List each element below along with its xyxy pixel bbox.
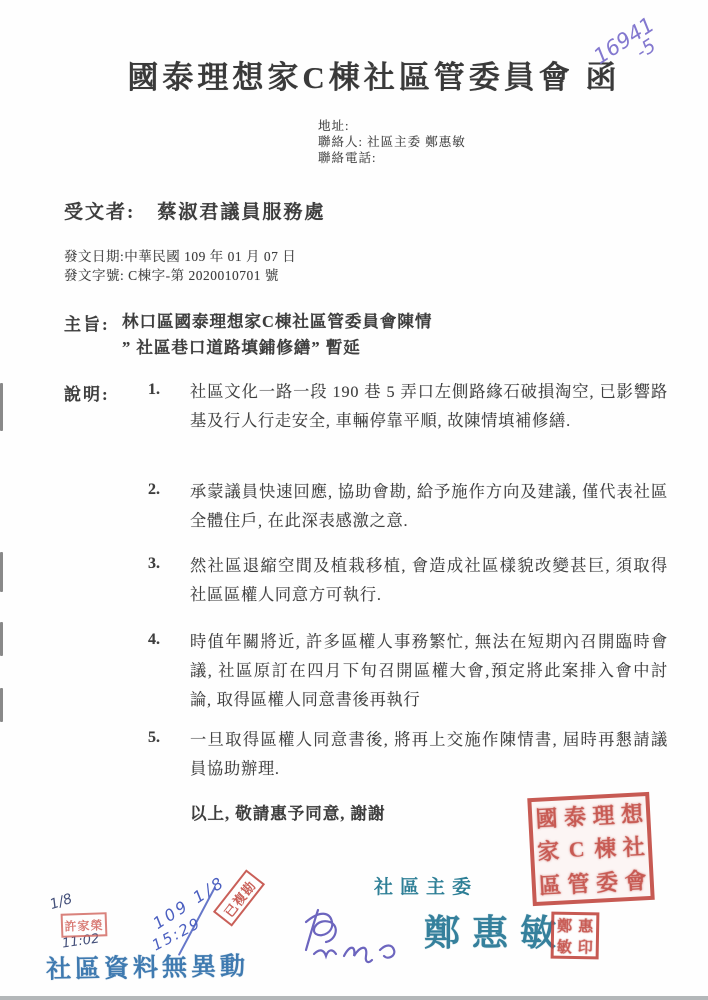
contact-block: 地址: 聯絡人: 社區主委 鄭惠敏 聯絡電話: [318, 118, 466, 166]
document-meta: 發文日期:中華民國 109 年 01 月 07 日 發文字號: C棟字-第 20… [64, 248, 296, 285]
seal-character: 印 [575, 936, 596, 957]
personal-seal: 鄭惠敏印 [551, 912, 600, 960]
seal-character: 敏 [554, 936, 575, 957]
explanation-item: 時值年關將近, 許多區權人事務繁忙, 無法在短期內召開臨時會議, 社區原訂在四月… [190, 628, 668, 715]
explanation-item: 承蒙議員快速回應, 協助會勘, 給予施作方向及建議, 僅代表社區全體住戶, 在此… [190, 478, 668, 536]
doc-number-line: 發文字號: C棟字-第 2020010701 號 [64, 267, 296, 286]
subject-label: 主旨: [64, 310, 110, 335]
seal-character: 泰 [560, 799, 590, 834]
scanned-letter-page: 國泰理想家C棟社區管委員會 函 16941 -5 地址: 聯絡人: 社區主委 鄭… [0, 0, 708, 1000]
seal-character: 會 [620, 863, 650, 898]
explanation-label: 說明: [64, 380, 110, 405]
subject-text: 林口區國泰理想家C棟社區管委員會陳情 ” 社區巷口道路填鋪修繕” 暫延 [122, 309, 562, 361]
closing-line: 以上, 敬請惠予同意, 謝謝 [190, 800, 386, 824]
explanation-item: 社區文化一路一段 190 巷 5 弄口左側路緣石破損淘空, 已影響路基及行人行走… [190, 378, 668, 436]
handwritten-received-date: 1/8 [49, 893, 74, 912]
scan-edge-artifact [0, 622, 3, 656]
teal-handwritten-note: 社區資料無異動 [46, 946, 250, 986]
item-number: 1. [148, 381, 182, 399]
item-number: 5. [148, 729, 182, 747]
seal-character: 理 [588, 798, 618, 833]
seal-character: 想 [617, 796, 647, 831]
recipient-value: 蔡淑君議員服務處 [157, 202, 325, 223]
item-number: 4. [148, 631, 182, 649]
explanation-item: 然社區退縮空間及植栽移植, 會造成社區樣貌改變甚巨, 須取得社區區權人同意方可執… [190, 552, 668, 610]
explanation-item: 一旦取得區權人同意書後, 將再上交施作陳情書, 屆時再懇請議員協助辦理. [190, 726, 668, 784]
issue-date-line: 發文日期:中華民國 109 年 01 月 07 日 [64, 248, 296, 267]
seal-character: 國 [531, 801, 561, 836]
scan-edge-artifact [0, 688, 3, 722]
address-line: 地址: [318, 118, 466, 134]
seal-character: 鄭 [554, 915, 575, 936]
seal-character: 社 [619, 829, 649, 864]
recipient-line: 受文者:蔡淑君議員服務處 [64, 197, 325, 224]
seal-character: C [562, 832, 592, 867]
seal-character: 委 [592, 864, 622, 899]
item-number: 2. [148, 481, 182, 499]
scan-bottom-edge [0, 996, 708, 1000]
recipient-label: 受文者: [64, 202, 135, 223]
seal-character: 惠 [575, 915, 596, 936]
seal-character: 家 [533, 834, 563, 869]
item-number: 3. [148, 555, 182, 573]
name-stamp: 許家榮 [61, 912, 108, 938]
scan-edge-artifact [0, 552, 3, 592]
phone-line: 聯絡電話: [318, 150, 466, 166]
seal-character: 管 [563, 866, 593, 901]
seal-character: 區 [535, 867, 565, 902]
signer-name: 鄭惠敏 [424, 905, 568, 956]
seal-character: 棟 [590, 831, 620, 866]
scan-edge-artifact [0, 383, 3, 431]
committee-seal: 國泰理想家C棟社區管委會 [527, 792, 654, 906]
handwritten-scribble-signature [296, 892, 416, 992]
contact-person-line: 聯絡人: 社區主委 鄭惠敏 [318, 134, 466, 150]
